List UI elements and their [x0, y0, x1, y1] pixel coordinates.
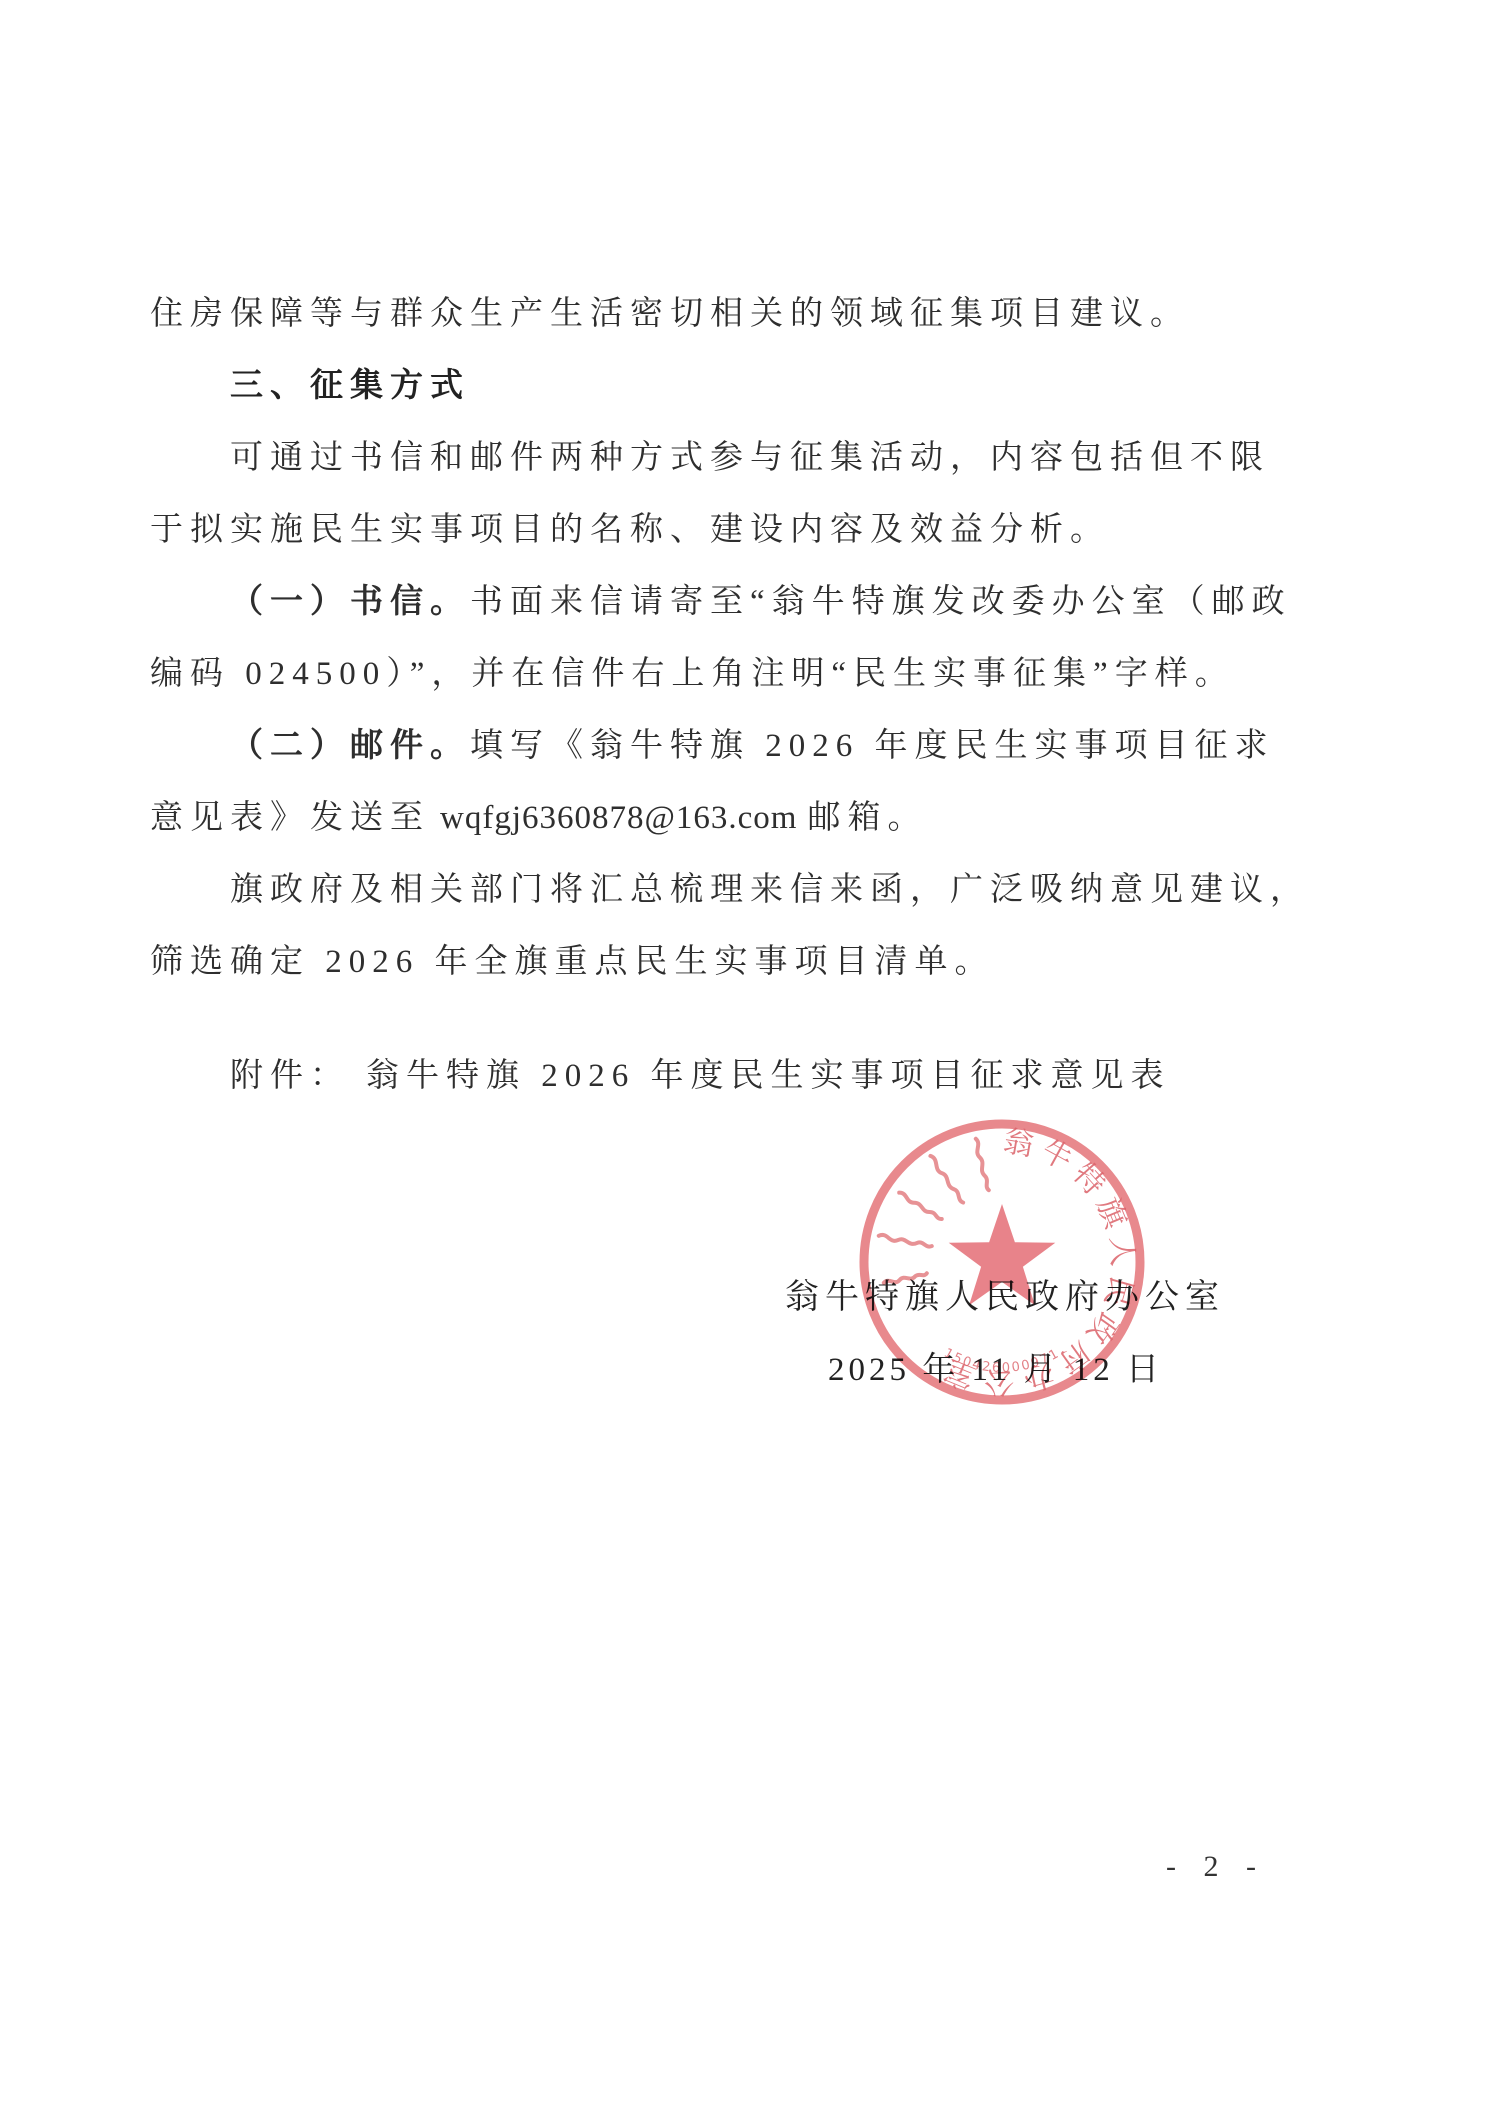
paragraph-line: 于拟实施民生实事项目的名称、建设内容及效益分析。	[150, 494, 1360, 566]
paragraph-line: 筛选确定 2026 年全旗重点民生实事项目清单。	[150, 926, 1360, 998]
paragraph-text: 邮箱。	[807, 800, 927, 836]
item-lead-label: （二）邮件。	[230, 728, 470, 764]
section-heading: 三、征集方式	[150, 350, 1360, 422]
official-seal: 翁牛特旗人民政府办公室 150426000971	[852, 1112, 1152, 1412]
paragraph-line: （一）书信。书面来信请寄至“翁牛特旗发改委办公室（邮政	[150, 566, 1360, 638]
paragraph-line: 旗政府及相关部门将汇总梳理来信来函，广泛吸纳意见建议，	[150, 854, 1360, 926]
paragraph-line: 编码 024500）”，并在信件右上角注明“民生实事征集”字样。	[150, 638, 1360, 710]
paragraph-line: 意见表》发送至wqfgj6360878@163.com邮箱。	[150, 782, 1360, 854]
document-page: 住房保障等与群众生产生活密切相关的领域征集项目建议。 三、征集方式 可通过书信和…	[0, 0, 1488, 2104]
paragraph-text: 意见表》发送至	[150, 800, 430, 836]
paragraph-line: 可通过书信和邮件两种方式参与征集活动，内容包括但不限	[150, 422, 1360, 494]
seal-star-icon	[949, 1204, 1056, 1305]
document-body: 住房保障等与群众生产生活密切相关的领域征集项目建议。 三、征集方式 可通过书信和…	[150, 278, 1360, 998]
item-text: 填写《翁牛特旗 2026 年度民生实事项目征求	[470, 728, 1275, 764]
paragraph-line: 住房保障等与群众生产生活密切相关的领域征集项目建议。	[150, 278, 1360, 350]
item-lead-label: （一）书信。	[230, 584, 470, 620]
paragraph-line: （二）邮件。填写《翁牛特旗 2026 年度民生实事项目征求	[150, 710, 1360, 782]
page-number: - 2 -	[1166, 1850, 1266, 1884]
email-address: wqfgj6360878@163.com	[440, 800, 797, 836]
item-text: 书面来信请寄至“翁牛特旗发改委办公室（邮政	[470, 584, 1292, 620]
attachment-label: 附件：	[230, 1058, 350, 1094]
attachment-line: 附件：翁牛特旗 2026 年度民生实事项目征求意见表	[150, 1040, 1360, 1112]
seal-mongolian-script	[878, 1138, 989, 1284]
attachment-title: 翁牛特旗 2026 年度民生实事项目征求意见表	[366, 1058, 1171, 1094]
